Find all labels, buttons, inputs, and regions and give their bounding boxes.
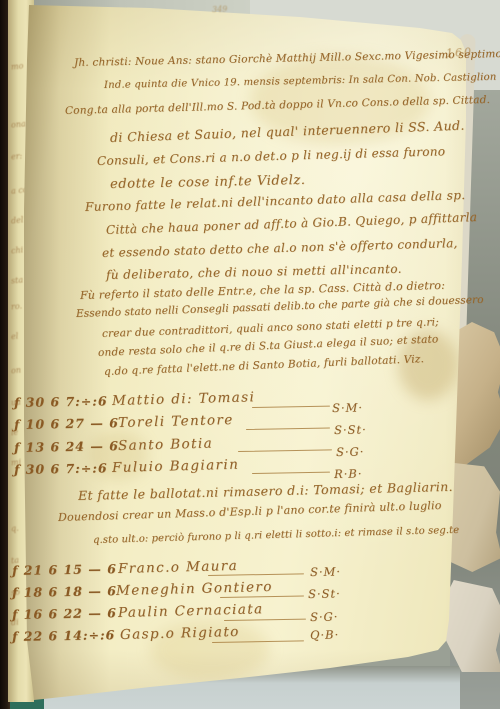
body-line: Città che haua poner ad aff.to à Gio.B. …: [106, 210, 478, 237]
ballot-quarter: S·M·: [332, 400, 363, 415]
ballot-name: Gasp.o Rigiato: [120, 624, 240, 643]
ballot-tally: ƒ 16 6 22 — 6: [12, 605, 117, 622]
ink-rule-dash: [252, 472, 330, 475]
ballot-quarter: S·St·: [308, 586, 341, 601]
body-line: Consuli, et Cons.ri a n.o det.o p li neg…: [97, 144, 446, 168]
body-line: q.do q.re fatta l'elett.ne di Santo Boti…: [104, 353, 425, 378]
ballot-quarter: S·G·: [310, 610, 339, 624]
ballot-tally: ƒ 30 6 7:÷:6: [14, 460, 108, 477]
ballot-quarter: Q·B·: [310, 627, 339, 642]
ballot-tally: ƒ 13 6 24 — 6: [14, 438, 119, 455]
manuscript-photo: moonaer:a codelchistaro.elonualemiq.taso…: [0, 0, 500, 709]
ballot-tally: ƒ 10 6 27 — 6: [14, 415, 119, 432]
body-line: edotte le cose inf.te Videlz.: [110, 173, 306, 192]
body-line: q.sto ult.o: perciò furono p li q.ri ele…: [93, 525, 459, 546]
heading-line: Ind.e quinta die Vnico 19. mensis septem…: [104, 72, 497, 91]
ballot-name: Paulin Cernaciata: [118, 601, 264, 621]
ballot-quarter: S·St·: [334, 422, 367, 437]
ink-rule-dash: [224, 619, 306, 622]
text-layer: 160349Jh. christi: Noue Ans: stano Giorc…: [0, 0, 500, 709]
body-line: fù deliberato, che di nouo si metti all'…: [106, 262, 402, 282]
body-line: et essendo stato detto che al.o non s'è …: [102, 236, 458, 260]
body-line: di Chiesa et Sauio, nel qual' interuenne…: [110, 118, 465, 145]
ballot-quarter: S·G·: [336, 445, 365, 459]
ballot-name: Fuluio Bagiarin: [112, 457, 240, 476]
ballot-name: Santo Botia: [118, 436, 213, 454]
ballot-tally: ƒ 18 6 18 — 6: [12, 583, 117, 600]
ink-rule-dash: [252, 406, 330, 409]
body-line: Douendosi crear un Mass.o d'Esp.li p l'a…: [58, 499, 442, 524]
body-line: Furono fatte le relat.ni dell'incanto da…: [85, 188, 466, 214]
heading-line: Jh. christi: Noue Ans: stano Giorchè Mat…: [74, 48, 500, 69]
top-edge-mark: 349: [212, 4, 228, 14]
ballot-name: Mattio di: Tomasi: [112, 389, 256, 409]
ballot-tally: ƒ 21 6 15 — 6: [12, 561, 117, 578]
ink-rule-dash: [220, 596, 304, 599]
body-line: Cong.ta alla porta dell'Ill.mo S. Pod.tà…: [65, 94, 490, 117]
ink-rule-dash: [212, 640, 304, 643]
ballot-quarter: S·M·: [310, 564, 341, 579]
ink-rule-dash: [208, 573, 304, 576]
ballot-quarter: R·B·: [334, 467, 363, 481]
ink-rule-dash: [246, 428, 330, 431]
ballot-name: Toreli Tentore: [118, 412, 234, 431]
ink-rule-dash: [238, 449, 332, 452]
ballot-tally: ƒ 30 6 7:÷:6: [14, 393, 108, 410]
ballot-tally: ƒ 22 6 14:÷:6: [12, 627, 116, 644]
